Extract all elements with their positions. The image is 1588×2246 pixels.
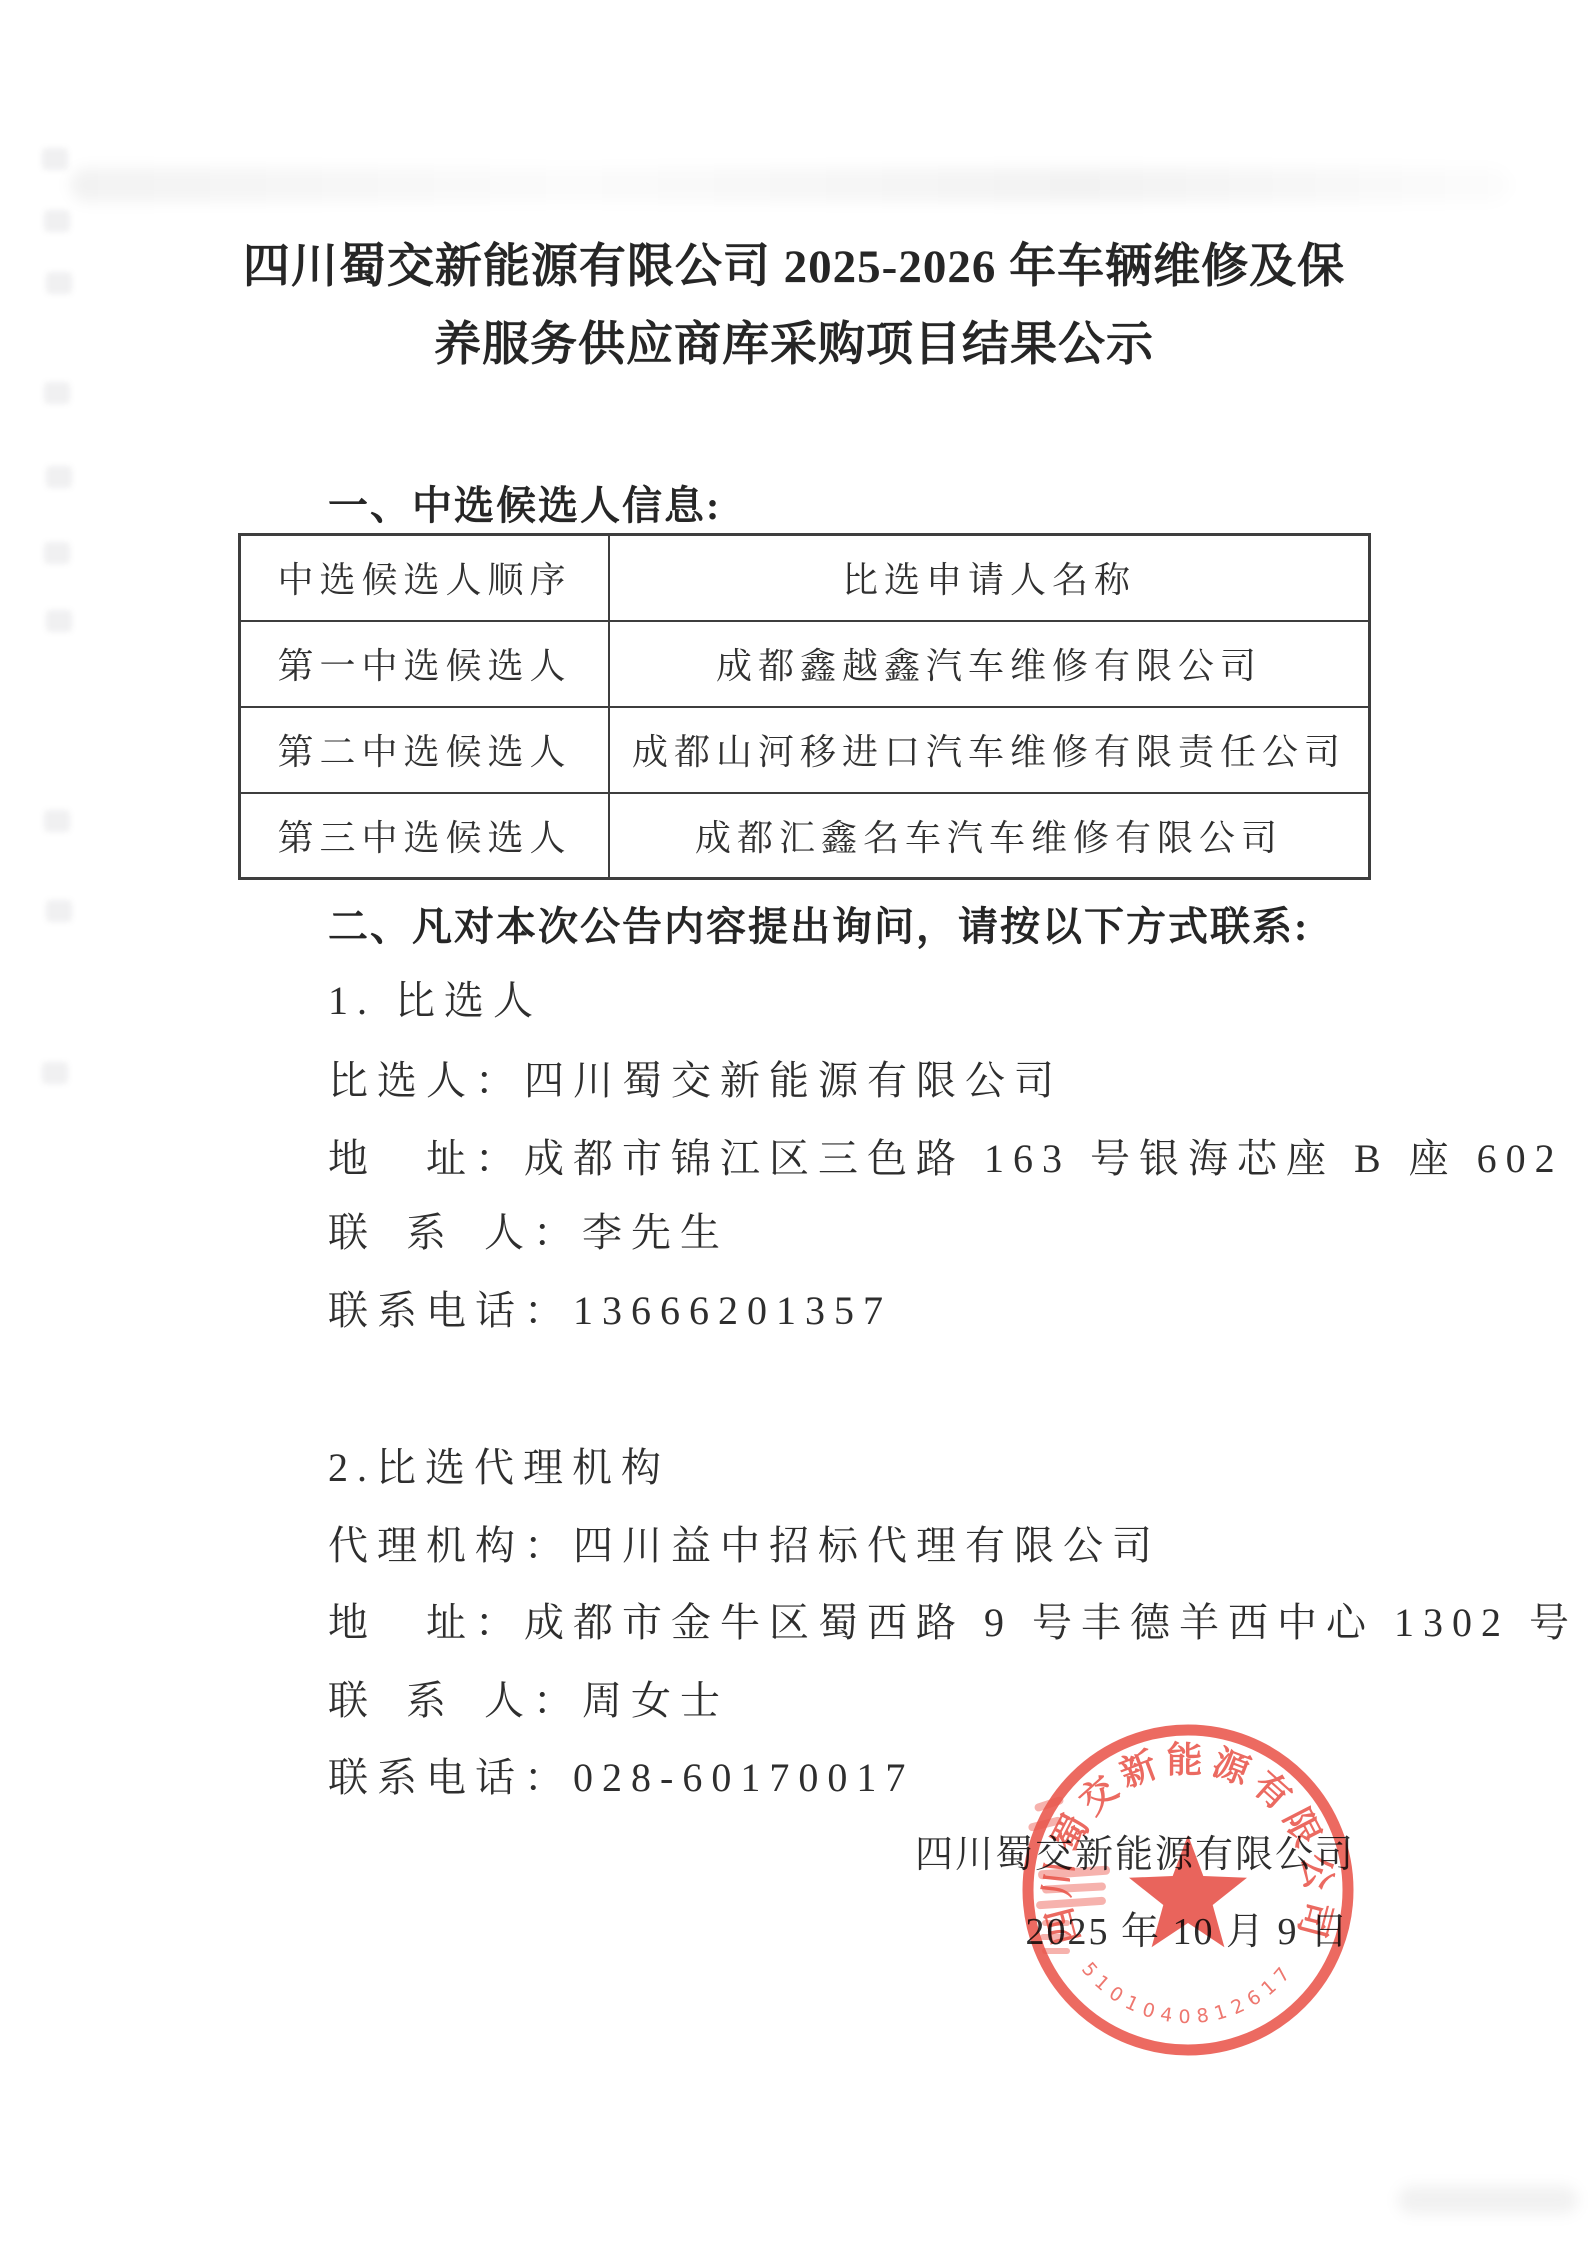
table-header-applicant: 比选申请人名称: [609, 535, 1370, 621]
table-row: 第一中选候选人 成都鑫越鑫汽车维修有限公司: [240, 621, 1370, 707]
company-seal-stamp: 四川蜀交新能源有限公司 5101040812617: [998, 1700, 1378, 2080]
candidate-rank: 第二中选候选人: [240, 707, 610, 793]
bleedthrough-mark: [46, 900, 72, 922]
document-title-line2: 养服务供应商库采购项目结果公示: [0, 306, 1588, 384]
agency-phone-line: 联系电话：028-60170017: [328, 1752, 914, 1804]
seal-number: 5101040812617: [1077, 1958, 1299, 2028]
candidate-rank: 第一中选候选人: [240, 621, 610, 707]
field-label: 代理机构：: [328, 1523, 573, 1568]
section2-heading: 二、凡对本次公告内容提出询问，请按以下方式联系:: [328, 903, 1309, 951]
scan-corner-artifact: [1398, 2186, 1578, 2214]
bleedthrough-mark: [42, 148, 68, 170]
field-label: 联 系 人：: [328, 1678, 582, 1723]
candidate-name: 成都鑫越鑫汽车维修有限公司: [609, 621, 1370, 707]
field-label: 比选人：: [328, 1058, 524, 1103]
seal-star-icon: [1129, 1835, 1247, 1947]
section1-heading: 一、中选候选人信息:: [328, 482, 721, 530]
table-header-row: 中选候选人顺序 比选申请人名称: [240, 535, 1370, 621]
buyer-item-label: 1. 比选人: [328, 975, 542, 1027]
document-title: 四川蜀交新能源有限公司 2025-2026 年车辆维修及保 养服务供应商库采购项…: [0, 228, 1588, 384]
field-value: 四川蜀交新能源有限公司: [524, 1058, 1063, 1103]
field-label: 联 系 人：: [328, 1210, 582, 1255]
field-label: 地 址：: [328, 1600, 524, 1645]
candidate-name: 成都汇鑫名车汽车维修有限公司: [609, 793, 1370, 879]
bleedthrough-mark: [44, 810, 70, 832]
field-label: 地 址：: [328, 1136, 524, 1181]
candidates-table: 中选候选人顺序 比选申请人名称 第一中选候选人 成都鑫越鑫汽车维修有限公司 第二…: [238, 533, 1371, 880]
buyer-name-line: 比选人：四川蜀交新能源有限公司: [328, 1055, 1063, 1107]
bleedthrough-mark: [46, 466, 72, 488]
agency-contact-line: 联 系 人：周女士: [328, 1675, 729, 1727]
scanned-document-page: 四川蜀交新能源有限公司 2025-2026 年车辆维修及保 养服务供应商库采购项…: [0, 0, 1588, 2246]
agency-name-line: 代理机构：四川益中招标代理有限公司: [328, 1520, 1161, 1572]
svg-text:5101040812617: 5101040812617: [1077, 1958, 1299, 2028]
document-title-line1: 四川蜀交新能源有限公司 2025-2026 年车辆维修及保: [0, 228, 1588, 306]
bleedthrough-mark: [46, 610, 72, 632]
buyer-contact-line: 联 系 人：李先生: [328, 1207, 729, 1259]
agency-address-line: 地 址：成都市金牛区蜀西路 9 号丰德羊西中心 1302 号: [328, 1597, 1578, 1649]
field-value: 李先生: [582, 1210, 729, 1255]
buyer-address-line: 地 址：成都市锦江区三色路 163 号银海芯座 B 座 602: [328, 1133, 1564, 1185]
field-value: 13666201357: [573, 1288, 892, 1333]
field-value: 四川益中招标代理有限公司: [573, 1523, 1161, 1568]
field-label: 联系电话：: [328, 1755, 573, 1800]
table-header-order: 中选候选人顺序: [240, 535, 610, 621]
field-value: 周女士: [582, 1678, 729, 1723]
candidate-rank: 第三中选候选人: [240, 793, 610, 879]
bleedthrough-mark: [44, 542, 70, 564]
bleedthrough-mark: [42, 1062, 68, 1084]
field-value: 成都市锦江区三色路 163 号银海芯座 B 座 602: [524, 1136, 1564, 1181]
agency-item-label: 2.比选代理机构: [328, 1442, 670, 1494]
bleedthrough-mark: [44, 382, 70, 404]
field-value: 028-60170017: [573, 1755, 914, 1800]
buyer-phone-line: 联系电话：13666201357: [328, 1285, 892, 1337]
candidate-name: 成都山河移进口汽车维修有限责任公司: [609, 707, 1370, 793]
table-row: 第二中选候选人 成都山河移进口汽车维修有限责任公司: [240, 707, 1370, 793]
scan-streak-artifact: [70, 168, 1510, 202]
field-value: 成都市金牛区蜀西路 9 号丰德羊西中心 1302 号: [524, 1600, 1578, 1645]
field-label: 联系电话：: [328, 1288, 573, 1333]
table-row: 第三中选候选人 成都汇鑫名车汽车维修有限公司: [240, 793, 1370, 879]
